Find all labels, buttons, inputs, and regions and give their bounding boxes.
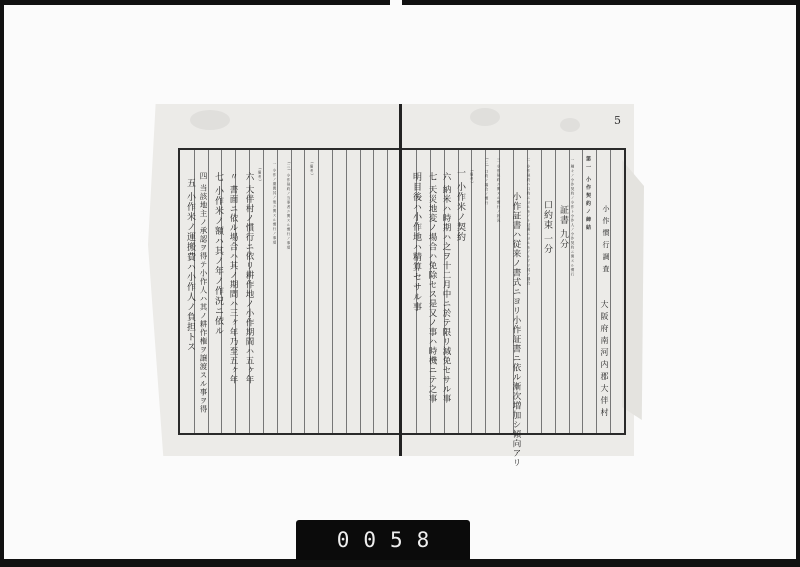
frame-counter: 0058	[296, 520, 470, 560]
handwritten-line: 七 小作米ノ額ハ其ノ年ノ作況ニ依ル	[212, 172, 225, 336]
location: 大阪府南河内郡大伴村	[599, 300, 610, 420]
ruled-line	[360, 150, 361, 433]
handwritten-line: 四 当該地主ノ承認ヲ得テ小作人ハ其ノ耕作権ヲ譲渡スル事ヲ得	[198, 172, 209, 413]
ruled-line	[471, 150, 472, 433]
note-label: (備考)	[310, 162, 315, 176]
handwritten-line: 証書 九分	[557, 205, 570, 249]
ruled-line	[541, 150, 542, 433]
ruled-line	[569, 150, 570, 433]
printed-item: 一 小作ノ期間其ノ他ニ関スル慣行ノ事項	[273, 162, 278, 245]
ruled-line	[610, 150, 611, 433]
handwritten-line: 七 天災地変ノ場合ハ免除セス是又ノ事ハ時機ニテ之事	[426, 172, 438, 404]
printed-item: 二 小作契約ハ口約ニヨルモノト証書ニヨルモノトアリ其ノ割合	[527, 158, 532, 286]
section-heading: 第一 小作契約ノ締結	[585, 156, 592, 233]
ruled-line	[346, 150, 347, 433]
page-number: 5	[614, 114, 621, 127]
book-spine	[399, 104, 402, 456]
printed-item: (三) 小作契約ノ当事者ニ関スル慣行ノ事項	[287, 162, 292, 250]
handwritten-line: 一 小作米ノ契約	[454, 168, 467, 242]
stain	[470, 108, 500, 126]
ruled-line	[318, 150, 319, 433]
printed-item: 一 種々ノ小作契約ノ小作ト小作人ノ小作契約ニ関スル慣行	[571, 158, 576, 277]
frame-number: 0058	[296, 528, 470, 552]
ruled-line	[596, 150, 597, 433]
film-notch	[390, 0, 402, 8]
ruled-line	[582, 150, 583, 433]
handwritten-line: 口約束 一分	[541, 200, 554, 254]
handwritten-line: 六 納米ハ時期ハ之ヲ十二月中ニ於テ限リ減免セサル事	[440, 172, 452, 404]
handwritten-line: 〃 書面ニ依ル場合ハ其ノ期間ハ三ヶ年乃至五ヶ年	[227, 172, 239, 385]
note-label: (備考)	[258, 168, 263, 182]
printed-item: (二) 口約ノ場合ノ慣行	[485, 158, 490, 205]
handwritten-line: 六 大伴村ノ慣行ニ依リ耕作地ノ小作期間ハ五ヶ年	[243, 172, 255, 385]
stain	[560, 118, 580, 132]
ruled-line	[555, 150, 556, 433]
printed-item: 三 小作契約ニ関スル慣行ノ状況	[497, 158, 502, 223]
ruled-line	[387, 150, 388, 433]
ruled-line	[263, 150, 264, 433]
ruled-line	[332, 150, 333, 433]
document-title: 小作慣行調査	[601, 205, 611, 277]
stain	[190, 110, 230, 130]
ruled-line	[373, 150, 374, 433]
handwritten-line: 五 小作米ノ運搬費ハ小作人ノ負担トス	[184, 178, 197, 352]
handwritten-line: 小作証書ハ従来ノ書式ニヨリ小作証書ニ依ル漸次増加シ傾向アリ	[510, 192, 522, 468]
note-label: (備考)	[470, 170, 475, 184]
handwritten-line: 明目後ハ小作地ハ精算セサル事	[410, 172, 423, 312]
ruled-line	[304, 150, 305, 433]
